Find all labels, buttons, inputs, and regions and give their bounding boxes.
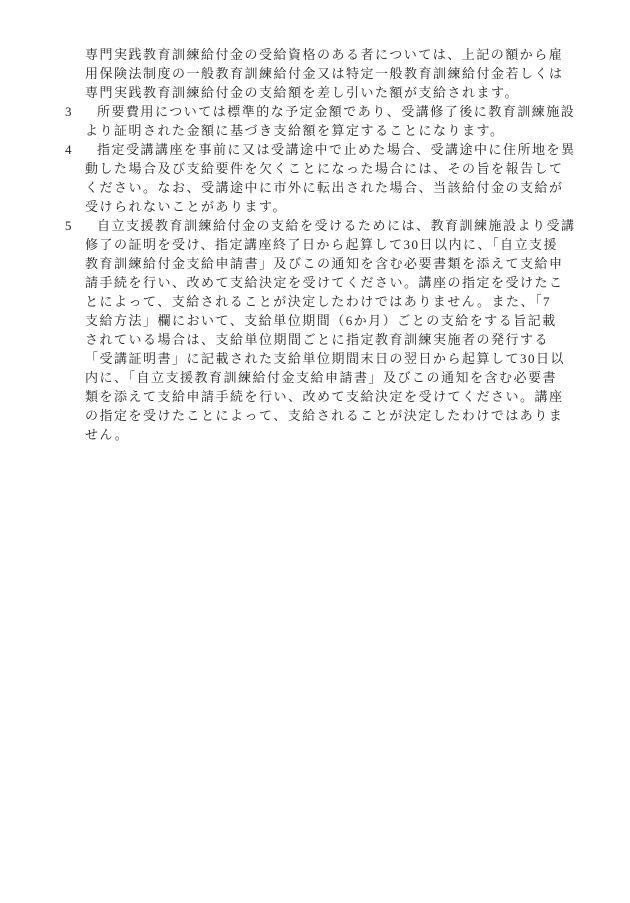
item-number: 4	[65, 140, 97, 159]
text-line-text: 指定受講講座を事前に又は受講途中で止めた場合、受講途中に住所地を異	[97, 142, 576, 157]
text-line: とによって、支給されることが決定したわけではありません。また、「7	[65, 292, 585, 311]
text-line: 教育訓練給付金支給申請書」及びこの通知を含む必要書類を添えて支給申	[65, 254, 585, 273]
paragraph-continuation: 専門実践教育訓練給付金の受給資格のある者については、上記の額から雇 用保険法制度…	[65, 45, 585, 102]
text-line: 内に、「自立支援教育訓練給付金支給申請書」及びこの通知を含む必要書	[65, 368, 585, 387]
document-page: 専門実践教育訓練給付金の受給資格のある者については、上記の額から雇 用保険法制度…	[0, 0, 630, 903]
paragraph-item-3: 3所要費用については標準的な予定金額であり、受講修了後に教育訓練施設 より証明さ…	[65, 102, 585, 140]
text-line-text: 自立支援教育訓練給付金の支給を受けるためには、教育訓練施設より受講	[97, 218, 576, 233]
text-line: 4指定受講講座を事前に又は受講途中で止めた場合、受講途中に住所地を異	[65, 140, 585, 159]
text-line: より証明された金額に基づき支給額を算定することになります。	[65, 121, 585, 140]
document-text: 専門実践教育訓練給付金の受給資格のある者については、上記の額から雇 用保険法制度…	[65, 45, 585, 444]
text-line: 専門実践教育訓練給付金の支給額を差し引いた額が支給されます。	[65, 83, 585, 102]
text-line: 支給方法」欄において、支給単位期間（6か月）ごとの支給をする旨記載	[65, 311, 585, 330]
paragraph-item-5: 5自立支援教育訓練給付金の支給を受けるためには、教育訓練施設より受講 修了の証明…	[65, 216, 585, 444]
item-number: 3	[65, 102, 97, 121]
text-line: 用保険法制度の一般教育訓練給付金又は特定一般教育訓練給付金若しくは	[65, 64, 585, 83]
text-line: 5自立支援教育訓練給付金の支給を受けるためには、教育訓練施設より受講	[65, 216, 585, 235]
text-line: 類を添えて支給申請手続を行い、改めて支給決定を受けてください。講座	[65, 387, 585, 406]
text-line: ください。なお、受講途中に市外に転出された場合、当該給付金の支給が	[65, 178, 585, 197]
text-line: 受けられないことがあります。	[65, 197, 585, 216]
text-line: されている場合は、支給単位期間ごとに指定教育訓練実施者の発行する	[65, 330, 585, 349]
paragraph-item-4: 4指定受講講座を事前に又は受講途中で止めた場合、受講途中に住所地を異 動した場合…	[65, 140, 585, 216]
text-line: せん。	[65, 425, 585, 444]
text-line: 専門実践教育訓練給付金の受給資格のある者については、上記の額から雇	[65, 45, 585, 64]
text-line: 動した場合及び支給要件を欠くことになった場合には、その旨を報告して	[65, 159, 585, 178]
text-line: の指定を受けたことによって、支給されることが決定したわけではありま	[65, 406, 585, 425]
text-line: 3所要費用については標準的な予定金額であり、受講修了後に教育訓練施設	[65, 102, 585, 121]
text-line: 修了の証明を受け、指定講座終了日から起算して30日以内に、「自立支援	[65, 235, 585, 254]
item-number: 5	[65, 216, 97, 235]
text-line-text: 所要費用については標準的な予定金額であり、受講修了後に教育訓練施設	[97, 104, 575, 119]
text-line: 「受講証明書」に記載された支給単位期間末日の翌日から起算して30日以	[65, 349, 585, 368]
text-line: 請手続を行い、改めて支給決定を受けてください。講座の指定を受けたこ	[65, 273, 585, 292]
